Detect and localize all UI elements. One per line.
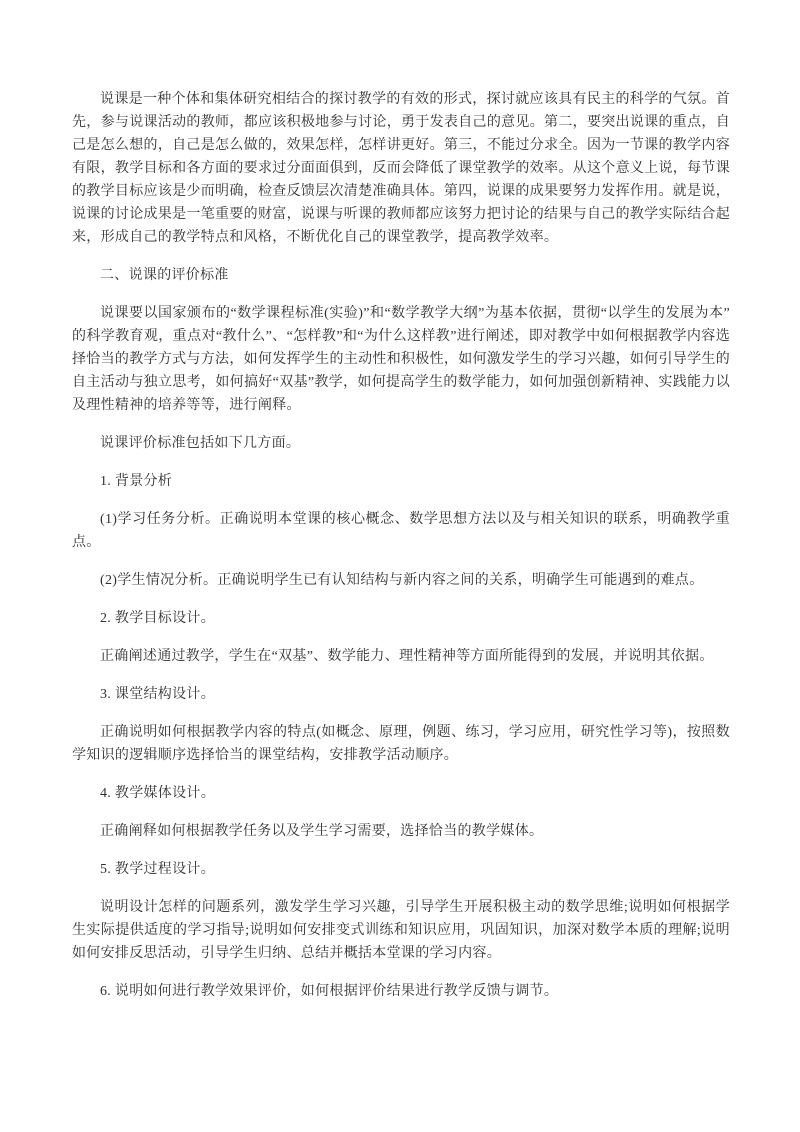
paragraph: 正确阐述通过教学，学生在“双基”、数学能力、理性精神等方面所能得到的发展，并说明…	[72, 645, 730, 668]
paragraph: 正确阐释如何根据教学任务以及学生学习需要，选择恰当的教学媒体。	[72, 820, 730, 843]
section-heading: 二、说课的评价标准	[72, 264, 730, 287]
paragraph: 说明设计怎样的问题系列，激发学生学习兴趣，引导学生开展积极主动的数学思维;说明如…	[72, 896, 730, 965]
section-heading: 1. 背景分析	[72, 470, 730, 493]
paragraph: (1)学习任务分析。正确说明本堂课的核心概念、数学思想方法以及与相关知识的联系，…	[72, 508, 730, 554]
paragraph: 6. 说明如何进行教学效果评价，如何根据评价结果进行教学反馈与调节。	[72, 980, 730, 1003]
paragraph: 说课评价标准包括如下几方面。	[72, 432, 730, 455]
section-heading: 2. 教学目标设计。	[72, 607, 730, 630]
section-heading: 4. 教学媒体设计。	[72, 782, 730, 805]
section-heading: 3. 课堂结构设计。	[72, 683, 730, 706]
document-body: 说课是一种个体和集体研究相结合的探讨教学的有效的形式，探讨就应该具有民主的科学的…	[72, 88, 730, 1003]
paragraph: (2)学生情况分析。正确说明学生已有认知结构与新内容之间的关系，明确学生可能遇到…	[72, 569, 730, 592]
paragraph: 说课要以国家颁布的“数学课程标准(实验)”和“数学教学大纲”为基本依据，贯彻“以…	[72, 302, 730, 417]
section-heading: 5. 教学过程设计。	[72, 858, 730, 881]
paragraph: 正确说明如何根据教学内容的特点(如概念、原理，例题、练习，学习应用，研究性学习等…	[72, 721, 730, 767]
document-page: 说课是一种个体和集体研究相结合的探讨教学的有效的形式，探讨就应该具有民主的科学的…	[0, 0, 800, 1132]
paragraph: 说课是一种个体和集体研究相结合的探讨教学的有效的形式，探讨就应该具有民主的科学的…	[72, 88, 730, 249]
